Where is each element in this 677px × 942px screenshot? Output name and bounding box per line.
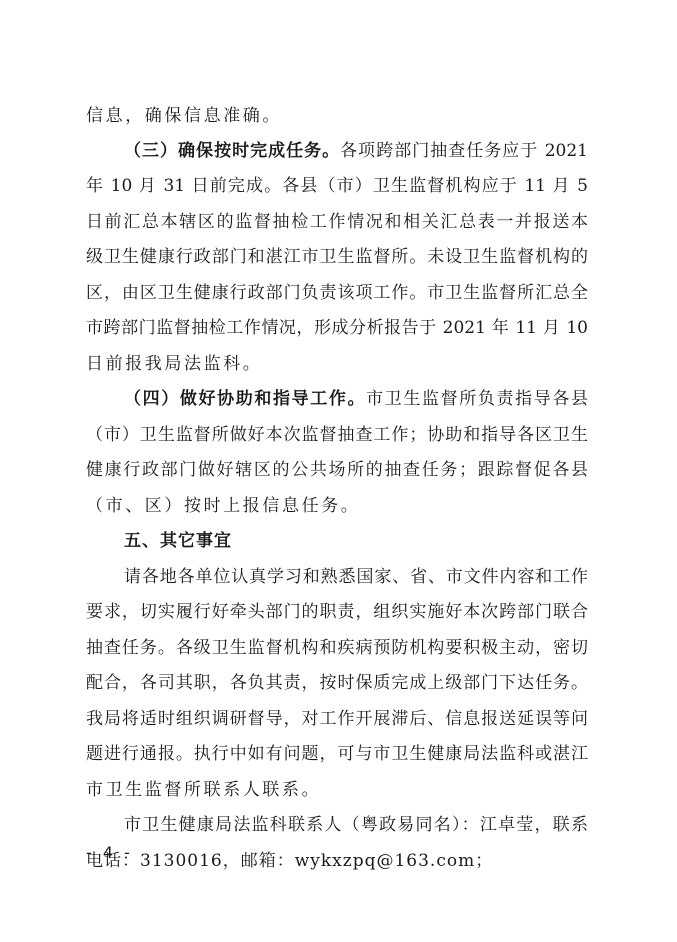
document-page: 信息，确保信息准确。 （三）确保按时完成任务。各项跨部门抽查任务应于 2021 … (0, 0, 677, 942)
body-line: 级卫生健康行政部门和湛江市卫生监督所。未设卫生监督机构的 (86, 245, 588, 269)
line-text: 各项跨部门抽查任务应于 2021 (340, 141, 588, 161)
line-text: 抽查任务。各级卫生监督机构和疾病预防机构要积极主动，密切 (86, 638, 588, 658)
line-text: 市跨部门监督抽检工作情况，形成分析报告于 2021 年 11 月 10 (86, 318, 588, 338)
body-line: （市、区）按时上报信息任务。 (86, 494, 588, 518)
contact-line: 市卫生健康局法监科联系人（粤政易同名）：江卓莹，联系 (86, 813, 588, 837)
line-text: 市卫生监督所负责指导各县 (366, 389, 588, 409)
body-line: （市）卫生监督所做好本次监督抽查工作；协助和指导各区卫生 (86, 423, 588, 447)
body-line: 配合，各司其职，各负其责，按时保质完成上级部门下达任务。 (86, 671, 588, 695)
line-text: 市卫生监督所联系人联系。 (86, 780, 321, 800)
line-text: 信息，确保信息准确。 (86, 106, 282, 126)
section-4-heading: （四）做好协助和指导工作。 (124, 389, 366, 409)
page-number: - 4 - (86, 843, 133, 863)
line-text: 配合，各司其职，各负其责，按时保质完成上级部门下达任务。 (86, 673, 588, 693)
line-text: 题进行通报。执行中如有问题，可与市卫生健康局法监科或湛江 (86, 744, 588, 764)
body-line: 题进行通报。执行中如有问题，可与市卫生健康局法监科或湛江 (86, 742, 588, 766)
section-5-heading: 五、其它事宜 (124, 531, 232, 551)
contact-email-line: 电话：3130016，邮箱：wykxzpq@163.com； (86, 849, 588, 873)
line-text: （市、区）按时上报信息任务。 (86, 496, 360, 516)
line-text: 请各地各单位认真学习和熟悉国家、省、市文件内容和工作 (124, 567, 588, 587)
body-line: 日前报我局法监科。 (86, 352, 588, 376)
body-line: 区，由区卫生健康行政部门负责该项工作。市卫生监督所汇总全 (86, 281, 588, 305)
section-3-heading: （三）确保按时完成任务。 (124, 141, 340, 161)
line-text: 要求，切实履行好牵头部门的职责，组织实施好本次跨部门联合 (86, 602, 588, 622)
body-line: 市卫生监督所联系人联系。 (86, 778, 588, 802)
line-text: （市）卫生监督所做好本次监督抽查工作；协助和指导各区卫生 (86, 425, 588, 445)
section-5-heading-line: 五、其它事宜 (86, 529, 588, 553)
section-4-line: （四）做好协助和指导工作。市卫生监督所负责指导各县 (86, 387, 588, 411)
body-line: 年 10 月 31 日前完成。各县（市）卫生监督机构应于 11 月 5 (86, 174, 588, 198)
line-text: 区，由区卫生健康行政部门负责该项工作。市卫生监督所汇总全 (86, 283, 588, 303)
line-text: 日前报我局法监科。 (86, 354, 262, 374)
body-line: 抽查任务。各级卫生监督机构和疾病预防机构要积极主动，密切 (86, 636, 588, 660)
line-text: 年 10 月 31 日前完成。各县（市）卫生监督机构应于 11 月 5 (86, 176, 588, 196)
body-line: 信息，确保信息准确。 (86, 104, 588, 128)
line-text: 我局将适时组织调研督导，对工作开展滞后、信息报送延误等问 (86, 709, 588, 729)
body-line: 我局将适时组织调研督导，对工作开展滞后、信息报送延误等问 (86, 707, 588, 731)
body-line: 市跨部门监督抽检工作情况，形成分析报告于 2021 年 11 月 10 (86, 316, 588, 340)
body-line: 健康行政部门做好辖区的公共场所的抽查任务；跟踪督促各县 (86, 458, 588, 482)
line-text: 健康行政部门做好辖区的公共场所的抽查任务；跟踪督促各县 (86, 460, 588, 480)
line-text: 电话：3130016，邮箱：wykxzpq@163.com； (86, 851, 493, 871)
line-text: 市卫生健康局法监科联系人（粤政易同名）：江卓莹，联系 (124, 815, 588, 835)
section-3-line: （三）确保按时完成任务。各项跨部门抽查任务应于 2021 (86, 139, 588, 163)
body-line: 请各地各单位认真学习和熟悉国家、省、市文件内容和工作 (86, 565, 588, 589)
line-text: 级卫生健康行政部门和湛江市卫生监督所。未设卫生监督机构的 (86, 247, 588, 267)
line-text: 日前汇总本辖区的监督抽检工作情况和相关汇总表一并报送本 (86, 212, 588, 232)
body-line: 要求，切实履行好牵头部门的职责，组织实施好本次跨部门联合 (86, 600, 588, 624)
body-line: 日前汇总本辖区的监督抽检工作情况和相关汇总表一并报送本 (86, 210, 588, 234)
